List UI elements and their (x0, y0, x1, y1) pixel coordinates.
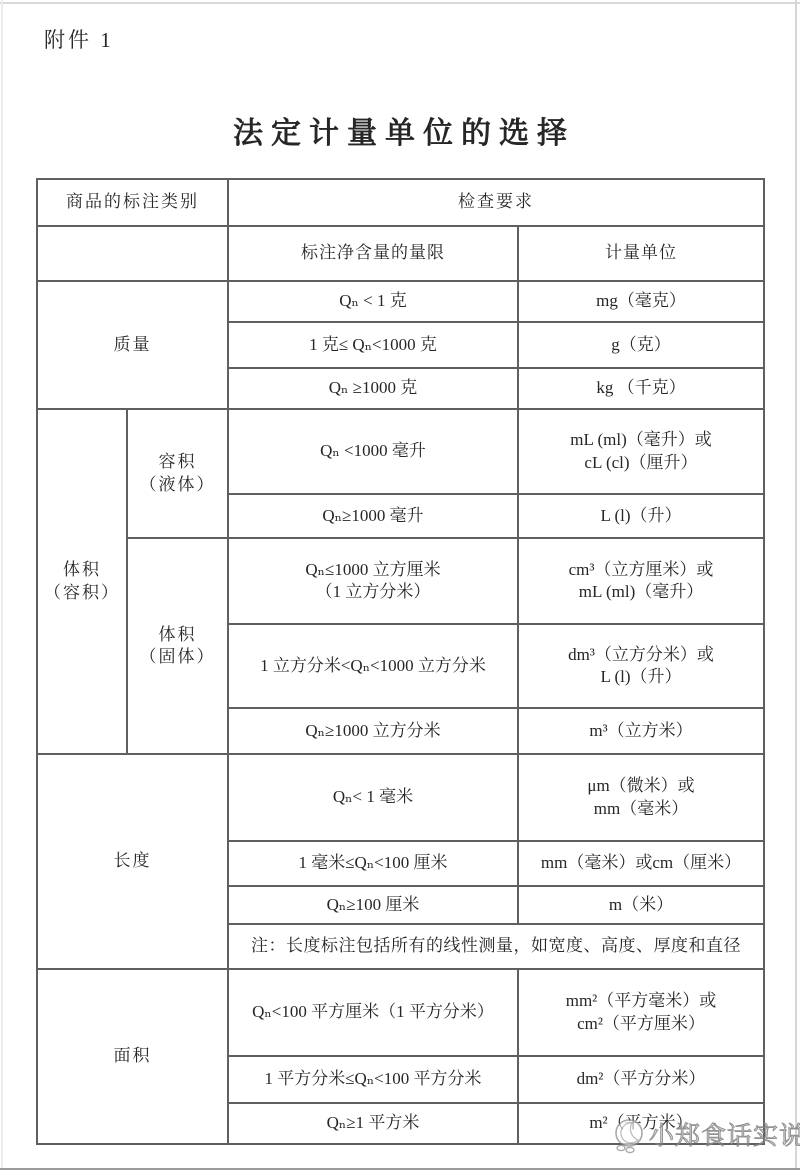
solid-row3-limit-cell: Qₙ≥1000 立方分米 (228, 708, 518, 754)
liquid-row2-limit-cell: Qₙ≥1000 毫升 (228, 494, 518, 538)
area-row2-unit-cell: dm²（平方分米） (518, 1056, 764, 1103)
watermark: 小郑食话实说 (608, 1110, 800, 1158)
table-row: 长度 Qₙ< 1 毫米 μm（微米）或 mm（毫米） (37, 754, 764, 841)
length-row1-unit-cell: μm（微米）或 mm（毫米） (518, 754, 764, 841)
mass-category-cell: 质量 (37, 281, 228, 409)
length-row2-unit-cell: mm（毫米）或cm（厘米） (518, 841, 764, 886)
subheader-limit-cell: 标注净含量的量限 (228, 226, 518, 281)
page-edge-left (1, 0, 3, 1170)
length-row3-unit-cell: m（米） (518, 886, 764, 924)
units-table: 商品的标注类别 检查要求 标注净含量的量限 计量单位 质量 Qₙ < 1 克 m… (36, 178, 765, 1145)
mass-row2-unit-cell: g（克） (518, 322, 764, 368)
page-edge-right (795, 0, 797, 1170)
mass-row2-limit-cell: 1 克≤ Qₙ<1000 克 (228, 322, 518, 368)
length-row3-limit-cell: Qₙ≥100 厘米 (228, 886, 518, 924)
solid-row2-unit-cell: dm³（立方分米）或 L (l)（升） (518, 624, 764, 708)
table-row: 面积 Qₙ<100 平方厘米（1 平方分米） mm²（平方毫米）或 cm²（平方… (37, 969, 764, 1056)
mass-row1-unit-cell: mg（毫克） (518, 281, 764, 322)
length-row2-limit-cell: 1 毫米≤Qₙ<100 厘米 (228, 841, 518, 886)
volume-category-cell: 体积 （容积） (37, 409, 127, 754)
page-title: 法定计量单位的选择 (0, 108, 800, 152)
area-row1-unit-cell: mm²（平方毫米）或 cm²（平方厘米） (518, 969, 764, 1056)
length-note-cell: 注：长度标注包括所有的线性测量，如宽度、高度、厚度和直径 (228, 924, 764, 969)
solid-row3-unit-cell: m³（立方米） (518, 708, 764, 754)
header-spacer-cell (37, 226, 228, 281)
table-row: 体积 （固体） Qₙ≤1000 立方厘米 （1 立方分米） cm³（立方厘米）或… (37, 538, 764, 624)
mass-row1-limit-cell: Qₙ < 1 克 (228, 281, 518, 322)
length-row1-limit-cell: Qₙ< 1 毫米 (228, 754, 518, 841)
mass-row3-limit-cell: Qₙ ≥1000 克 (228, 368, 518, 409)
table-header-row: 商品的标注类别 检查要求 (37, 179, 764, 226)
table-row: 质量 Qₙ < 1 克 mg（毫克） (37, 281, 764, 322)
liquid-subcategory-cell: 容积 （液体） (127, 409, 228, 538)
watermark-text: 小郑食话实说 (649, 1116, 800, 1152)
area-category-cell: 面积 (37, 969, 228, 1144)
area-row1-limit-cell: Qₙ<100 平方厘米（1 平方分米） (228, 969, 518, 1056)
header-category-cell: 商品的标注类别 (37, 179, 228, 226)
header-requirement-cell: 检查要求 (228, 179, 764, 226)
page-edge-bottom (0, 1168, 800, 1170)
length-category-cell: 长度 (37, 754, 228, 969)
area-row3-limit-cell: Qₙ≥1 平方米 (228, 1103, 518, 1144)
table-subheader-row: 标注净含量的量限 计量单位 (37, 226, 764, 281)
solid-row1-unit-cell: cm³（立方厘米）或 mL (ml)（毫升） (518, 538, 764, 624)
scanned-document-page: { "page": { "attachment_label": "附件 1", … (0, 0, 800, 1176)
mass-row3-unit-cell: kg （千克） (518, 368, 764, 409)
solid-row2-limit-cell: 1 立方分米<Qₙ<1000 立方分米 (228, 624, 518, 708)
table-row: 体积 （容积） 容积 （液体） Qₙ <1000 毫升 mL (ml)（毫升）或… (37, 409, 764, 494)
liquid-row1-unit-cell: mL (ml)（毫升）或 cL (cl)（厘升） (518, 409, 764, 494)
watermark-mascot-icon (608, 1111, 648, 1157)
attachment-label: 附件 1 (44, 24, 114, 54)
area-row2-limit-cell: 1 平方分米≤Qₙ<100 平方分米 (228, 1056, 518, 1103)
subheader-unit-cell: 计量单位 (518, 226, 764, 281)
page-edge-top (0, 2, 800, 4)
solid-subcategory-cell: 体积 （固体） (127, 538, 228, 754)
liquid-row1-limit-cell: Qₙ <1000 毫升 (228, 409, 518, 494)
solid-row1-limit-cell: Qₙ≤1000 立方厘米 （1 立方分米） (228, 538, 518, 624)
liquid-row2-unit-cell: L (l)（升） (518, 494, 764, 538)
